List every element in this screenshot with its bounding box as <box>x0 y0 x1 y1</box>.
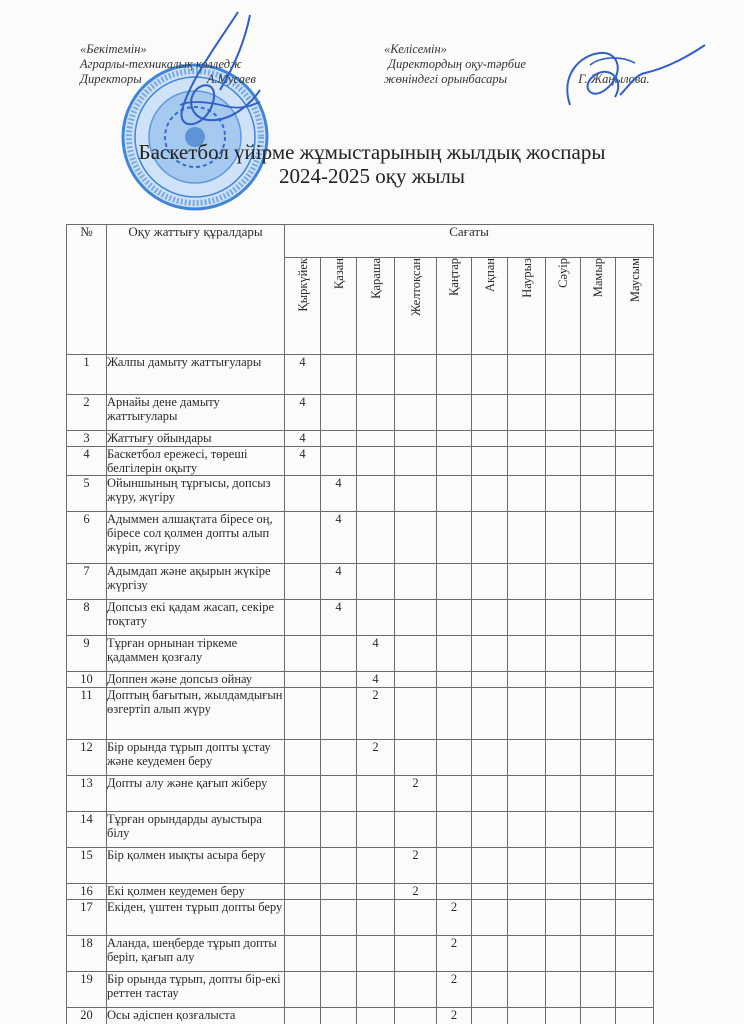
hours-cell <box>508 355 546 395</box>
exercise-name: Бір орында тұрып, допты бір-екі реттен т… <box>107 972 285 1008</box>
hours-cell <box>437 848 472 884</box>
row-number: 16 <box>67 884 107 900</box>
hours-cell <box>285 972 321 1008</box>
exercise-name: Жаттығу ойындары <box>107 431 285 447</box>
hours-cell <box>581 447 616 476</box>
hours-cell <box>508 512 546 564</box>
hours-cell <box>581 395 616 431</box>
hours-cell <box>546 636 581 672</box>
hours-cell <box>357 884 395 900</box>
row-number: 8 <box>67 600 107 636</box>
table-row: 5Ойыншының тұрғысы, допсыз жүру, жүгіру4 <box>67 476 654 512</box>
row-number: 2 <box>67 395 107 431</box>
hours-cell <box>357 476 395 512</box>
hours-cell <box>321 972 357 1008</box>
hours-cell <box>472 688 508 740</box>
row-number: 18 <box>67 936 107 972</box>
title-line-2: 2024-2025 оқу жылы <box>0 164 744 188</box>
hours-cell <box>395 972 437 1008</box>
hours-cell <box>472 672 508 688</box>
hours-cell <box>546 431 581 447</box>
hours-cell <box>285 672 321 688</box>
hours-cell <box>581 512 616 564</box>
hours-cell <box>581 776 616 812</box>
hours-cell <box>616 600 654 636</box>
hours-cell <box>472 636 508 672</box>
hours-cell <box>616 972 654 1008</box>
month-header: Наурыз <box>508 258 546 355</box>
hours-cell <box>508 688 546 740</box>
hours-cell <box>472 355 508 395</box>
table-row: 13Допты алу және қағып жіберу2 <box>67 776 654 812</box>
hours-cell <box>321 672 357 688</box>
hours-cell <box>581 740 616 776</box>
hours-cell <box>357 1008 395 1024</box>
hours-cell <box>508 900 546 936</box>
hours-cell <box>395 900 437 936</box>
hours-cell <box>285 688 321 740</box>
hours-cell <box>581 900 616 936</box>
row-number: 14 <box>67 812 107 848</box>
hours-cell <box>616 512 654 564</box>
hours-cell <box>616 395 654 431</box>
hours-cell <box>616 848 654 884</box>
hours-cell <box>616 355 654 395</box>
hours-cell <box>581 636 616 672</box>
hours-cell <box>395 740 437 776</box>
table-row: 20Осы әдіспен қозғалыста2 <box>67 1008 654 1024</box>
hours-cell <box>437 512 472 564</box>
row-number: 11 <box>67 688 107 740</box>
hours-cell <box>472 1008 508 1024</box>
table-row: 10Доппен және допсыз ойнау4 <box>67 672 654 688</box>
hours-cell <box>546 936 581 972</box>
hours-cell <box>285 776 321 812</box>
hours-cell: 2 <box>437 972 472 1008</box>
exercise-name: Екі қолмен кеудемен беру <box>107 884 285 900</box>
hours-cell <box>395 355 437 395</box>
hours-cell <box>581 672 616 688</box>
hours-cell <box>321 776 357 812</box>
hours-cell <box>321 431 357 447</box>
hours-cell <box>321 740 357 776</box>
hours-cell <box>616 564 654 600</box>
hours-cell <box>581 936 616 972</box>
month-header: Қыркүйек <box>285 258 321 355</box>
hours-cell <box>395 688 437 740</box>
table-row: 11Доптың бағытын, жылдамдығын өзгертіп а… <box>67 688 654 740</box>
hours-cell <box>472 512 508 564</box>
table-row: 17Екіден, үштен тұрып допты беру2 <box>67 900 654 936</box>
hours-cell <box>508 848 546 884</box>
month-label: Қыркүйек <box>296 258 310 312</box>
hours-cell <box>357 512 395 564</box>
hours-cell <box>581 564 616 600</box>
hours-cell <box>321 900 357 936</box>
hours-cell <box>472 884 508 900</box>
hours-cell: 2 <box>437 900 472 936</box>
month-header: Сәуір <box>546 258 581 355</box>
hours-cell <box>508 884 546 900</box>
hours-cell <box>321 636 357 672</box>
exercise-name: Доппен және допсыз ойнау <box>107 672 285 688</box>
hours-cell <box>437 476 472 512</box>
table-row: 6Адыммен алшақтата біресе оң, біресе сол… <box>67 512 654 564</box>
hours-cell <box>395 812 437 848</box>
month-header: Қараша <box>357 258 395 355</box>
row-number: 5 <box>67 476 107 512</box>
row-number: 12 <box>67 740 107 776</box>
month-header: Мамыр <box>581 258 616 355</box>
hours-cell <box>321 1008 357 1024</box>
hours-cell <box>285 740 321 776</box>
hours-cell <box>285 600 321 636</box>
hours-cell <box>357 936 395 972</box>
hours-cell <box>357 564 395 600</box>
hours-cell: 4 <box>285 447 321 476</box>
hours-cell <box>616 884 654 900</box>
hours-cell <box>321 812 357 848</box>
row-number: 13 <box>67 776 107 812</box>
hours-cell <box>508 600 546 636</box>
hours-cell <box>357 355 395 395</box>
hours-cell <box>285 900 321 936</box>
hours-cell <box>437 812 472 848</box>
hours-cell <box>321 936 357 972</box>
hours-cell <box>581 848 616 884</box>
exercise-name: Бір қолмен иықты асыра беру <box>107 848 285 884</box>
hours-cell: 2 <box>437 1008 472 1024</box>
hours-cell <box>581 476 616 512</box>
title-line-1: Баскетбол үйірме жұмыстарының жылдық жос… <box>139 140 606 164</box>
table-row: 12Бір орында тұрып допты ұстау және кеуд… <box>67 740 654 776</box>
month-label: Мамыр <box>591 258 605 297</box>
hours-cell <box>321 355 357 395</box>
hours-cell <box>581 1008 616 1024</box>
hours-cell <box>616 672 654 688</box>
hours-cell: 2 <box>395 884 437 900</box>
hours-cell: 4 <box>321 600 357 636</box>
hours-cell <box>437 431 472 447</box>
hours-cell <box>395 672 437 688</box>
row-number: 7 <box>67 564 107 600</box>
hours-cell <box>321 884 357 900</box>
hours-cell <box>472 564 508 600</box>
hours-cell: 2 <box>437 936 472 972</box>
hours-cell <box>357 600 395 636</box>
deputy-signature-icon <box>420 35 710 115</box>
hours-cell <box>395 395 437 431</box>
exercise-name: Доптың бағытын, жылдамдығын өзгертіп алы… <box>107 688 285 740</box>
table-row: 18Аланда, шеңберде тұрып допты беріп, қа… <box>67 936 654 972</box>
hours-cell <box>546 476 581 512</box>
hours-cell <box>395 431 437 447</box>
month-label: Ақпан <box>483 258 497 292</box>
hours-cell <box>357 812 395 848</box>
hours-cell <box>357 848 395 884</box>
hours-cell <box>508 431 546 447</box>
hours-cell: 4 <box>285 355 321 395</box>
hours-cell <box>546 812 581 848</box>
hours-cell <box>357 972 395 1008</box>
hours-cell <box>472 776 508 812</box>
row-number: 15 <box>67 848 107 884</box>
hours-cell <box>472 600 508 636</box>
hours-cell <box>472 848 508 884</box>
exercise-name: Тұрған орындарды ауыстыра білу <box>107 812 285 848</box>
column-header-hours: Сағаты <box>285 225 654 258</box>
hours-cell <box>437 395 472 431</box>
hours-cell <box>616 776 654 812</box>
exercise-name: Допты алу және қағып жіберу <box>107 776 285 812</box>
hours-cell <box>616 900 654 936</box>
exercise-name: Тұрған орнынан тіркеме қадаммен қозғалу <box>107 636 285 672</box>
hours-cell <box>357 776 395 812</box>
exercise-name: Ойыншының тұрғысы, допсыз жүру, жүгіру <box>107 476 285 512</box>
hours-cell <box>546 776 581 812</box>
column-header-number: № <box>67 225 107 355</box>
row-number: 20 <box>67 1008 107 1024</box>
month-label: Желтоқсан <box>409 258 423 316</box>
hours-cell <box>616 636 654 672</box>
hours-cell <box>508 936 546 972</box>
hours-cell <box>472 936 508 972</box>
hours-cell <box>472 447 508 476</box>
hours-cell <box>395 476 437 512</box>
table-row: 2Арнайы дене дамыту жаттығулары4 <box>67 395 654 431</box>
hours-cell <box>508 972 546 1008</box>
hours-cell <box>472 431 508 447</box>
exercise-name: Арнайы дене дамыту жаттығулары <box>107 395 285 431</box>
hours-cell <box>285 812 321 848</box>
hours-cell <box>581 884 616 900</box>
month-header: Желтоқсан <box>395 258 437 355</box>
hours-cell <box>357 900 395 936</box>
table-row: 8Допсыз екі қадам жасап, секіре тоқтату4 <box>67 600 654 636</box>
hours-cell: 4 <box>285 431 321 447</box>
exercise-name: Осы әдіспен қозғалыста <box>107 1008 285 1024</box>
row-number: 17 <box>67 900 107 936</box>
hours-cell <box>546 884 581 900</box>
hours-cell <box>546 740 581 776</box>
table-row: 7Адымдап және ақырын жүкіре жүргізу4 <box>67 564 654 600</box>
hours-cell <box>508 447 546 476</box>
row-number: 9 <box>67 636 107 672</box>
hours-cell: 4 <box>321 564 357 600</box>
hours-cell <box>285 884 321 900</box>
hours-cell <box>395 512 437 564</box>
hours-cell <box>508 1008 546 1024</box>
hours-cell <box>357 395 395 431</box>
hours-cell <box>546 395 581 431</box>
hours-cell <box>616 688 654 740</box>
hours-cell <box>508 636 546 672</box>
table-row: 3Жаттығу ойындары4 <box>67 431 654 447</box>
hours-cell <box>285 848 321 884</box>
month-header: Қазан <box>321 258 357 355</box>
hours-cell <box>437 776 472 812</box>
hours-cell <box>581 812 616 848</box>
month-label: Қараша <box>369 258 383 299</box>
hours-cell <box>508 395 546 431</box>
hours-cell <box>437 564 472 600</box>
hours-cell <box>546 900 581 936</box>
hours-cell <box>616 936 654 972</box>
hours-cell <box>581 688 616 740</box>
hours-cell <box>472 812 508 848</box>
hours-cell <box>395 1008 437 1024</box>
exercise-name: Адымдап және ақырын жүкіре жүргізу <box>107 564 285 600</box>
row-number: 4 <box>67 447 107 476</box>
hours-cell <box>321 688 357 740</box>
hours-cell <box>508 776 546 812</box>
month-header: Маусым <box>616 258 654 355</box>
hours-cell <box>321 848 357 884</box>
month-label: Сәуір <box>556 258 570 288</box>
hours-cell <box>437 740 472 776</box>
hours-cell <box>395 447 437 476</box>
row-number: 6 <box>67 512 107 564</box>
hours-cell <box>357 447 395 476</box>
exercise-name: Адыммен алшақтата біресе оң, біресе сол … <box>107 512 285 564</box>
hours-cell <box>395 600 437 636</box>
hours-cell <box>546 688 581 740</box>
month-header: Қаңтар <box>437 258 472 355</box>
hours-cell <box>508 740 546 776</box>
hours-cell <box>581 972 616 1008</box>
hours-cell <box>546 972 581 1008</box>
hours-cell <box>437 884 472 900</box>
hours-cell <box>285 1008 321 1024</box>
row-number: 19 <box>67 972 107 1008</box>
hours-cell <box>546 447 581 476</box>
exercise-name: Баскетбол ережесі, төреші белгілерін оқы… <box>107 447 285 476</box>
hours-cell <box>285 476 321 512</box>
hours-cell <box>437 672 472 688</box>
hours-cell <box>285 636 321 672</box>
hours-cell <box>437 600 472 636</box>
hours-cell <box>357 431 395 447</box>
hours-cell <box>546 564 581 600</box>
row-number: 10 <box>67 672 107 688</box>
hours-cell <box>546 848 581 884</box>
table-row: 4Баскетбол ережесі, төреші белгілерін оқ… <box>67 447 654 476</box>
hours-cell <box>395 564 437 600</box>
table-row: 15Бір қолмен иықты асыра беру2 <box>67 848 654 884</box>
hours-cell <box>437 447 472 476</box>
hours-cell <box>616 1008 654 1024</box>
hours-cell: 4 <box>285 395 321 431</box>
table-row: 9Тұрған орнынан тіркеме қадаммен қозғалу… <box>67 636 654 672</box>
hours-cell <box>616 476 654 512</box>
hours-cell <box>616 447 654 476</box>
column-header-exercises: Оқу жаттығу құралдары <box>107 225 285 355</box>
exercise-name: Жалпы дамыту жаттығулары <box>107 355 285 395</box>
hours-cell <box>472 476 508 512</box>
hours-cell <box>395 636 437 672</box>
hours-cell <box>546 512 581 564</box>
row-number: 3 <box>67 431 107 447</box>
hours-cell <box>472 972 508 1008</box>
hours-cell <box>437 636 472 672</box>
exercise-name: Допсыз екі қадам жасап, секіре тоқтату <box>107 600 285 636</box>
month-label: Қаңтар <box>447 258 461 296</box>
hours-cell <box>581 600 616 636</box>
hours-cell: 4 <box>357 636 395 672</box>
exercise-name: Аланда, шеңберде тұрып допты беріп, қағы… <box>107 936 285 972</box>
hours-cell <box>508 812 546 848</box>
hours-cell: 4 <box>321 476 357 512</box>
hours-cell <box>508 672 546 688</box>
hours-cell: 2 <box>357 740 395 776</box>
hours-cell <box>581 355 616 395</box>
director-signature-icon <box>150 10 280 140</box>
hours-cell <box>616 431 654 447</box>
hours-cell: 2 <box>395 848 437 884</box>
hours-cell: 4 <box>321 512 357 564</box>
hours-cell <box>581 431 616 447</box>
table-row: 19Бір орында тұрып, допты бір-екі реттен… <box>67 972 654 1008</box>
hours-cell <box>285 564 321 600</box>
month-label: Маусым <box>628 258 642 302</box>
hours-cell <box>437 355 472 395</box>
document-title: Баскетбол үйірме жұмыстарының жылдық жос… <box>0 140 744 188</box>
exercise-name: Екіден, үштен тұрып допты беру <box>107 900 285 936</box>
hours-cell <box>546 600 581 636</box>
hours-cell <box>285 512 321 564</box>
hours-cell <box>508 476 546 512</box>
hours-cell <box>472 900 508 936</box>
hours-cell <box>546 355 581 395</box>
month-label: Наурыз <box>520 258 534 298</box>
hours-cell: 2 <box>395 776 437 812</box>
hours-cell <box>508 564 546 600</box>
hours-cell <box>546 1008 581 1024</box>
hours-cell <box>321 447 357 476</box>
hours-cell <box>472 740 508 776</box>
hours-cell <box>437 688 472 740</box>
month-label: Қазан <box>332 258 346 289</box>
table-row: 16Екі қолмен кеудемен беру2 <box>67 884 654 900</box>
hours-cell <box>616 740 654 776</box>
table-row: 14Тұрған орындарды ауыстыра білу <box>67 812 654 848</box>
hours-cell: 4 <box>357 672 395 688</box>
hours-cell <box>285 936 321 972</box>
annual-plan-table: № Оқу жаттығу құралдары Сағаты ҚыркүйекҚ… <box>66 224 654 1024</box>
month-header: Ақпан <box>472 258 508 355</box>
table-row: 1Жалпы дамыту жаттығулары4 <box>67 355 654 395</box>
hours-cell <box>321 395 357 431</box>
hours-cell <box>546 672 581 688</box>
hours-cell <box>472 395 508 431</box>
hours-cell <box>395 936 437 972</box>
hours-cell: 2 <box>357 688 395 740</box>
exercise-name: Бір орында тұрып допты ұстау және кеудем… <box>107 740 285 776</box>
hours-cell <box>616 812 654 848</box>
row-number: 1 <box>67 355 107 395</box>
